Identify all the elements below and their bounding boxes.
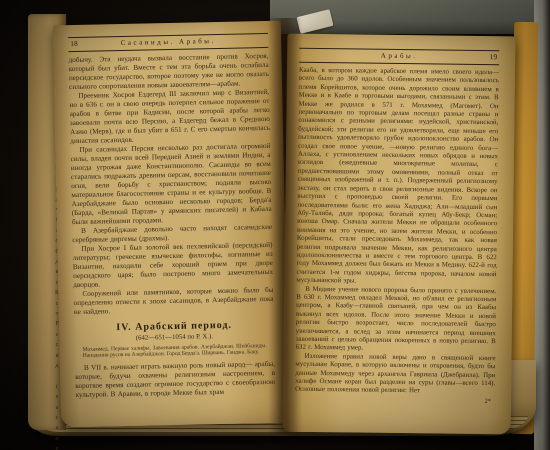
left-page-header: 18 Сасаниды. Арабы. [68,33,268,52]
right-page: Арабы. 19 Кааба, в котором каждое арабск… [283,34,516,435]
section-synopsis: Мохаммед. Первые халифы. Завоевания араб… [83,343,267,360]
right-page-number: 19 [490,52,498,61]
left-page-body: добычу. Эта неудача вызвала восстание пр… [68,52,276,424]
paragraph: добычу. Эта неудача вызвала восстание пр… [68,52,269,92]
right-page-header: Арабы. 19 [299,48,499,65]
right-running-title: Арабы. [299,50,499,60]
paragraph: При сасанидах Персия несколько раз дости… [70,142,272,227]
right-page-body: Кааба, в котором каждое арабское племя и… [295,67,499,431]
book-photo: м П ж л в я р о о в ч и п з р л ч ( з о … [0,0,550,450]
left-page: 18 Сасаниды. Арабы. добычу. Эта неудача … [53,21,289,428]
left-running-title: Сасаниды. Арабы. [68,35,268,47]
paragraph: В Медине учение нового пророка было прин… [296,285,497,355]
paragraph: Кааба, в котором каждое арабское племя и… [296,67,499,288]
paragraph: При Хосрое I был золотой век пехлевийско… [72,241,273,290]
signature-mark: 2* [295,396,495,407]
paragraph: Преемник Хосроя Ездегерд III заключил ми… [69,88,270,146]
paragraph: В VII в. начинает играть важную роль нов… [75,360,276,400]
paragraph: Изложение правил новой веры дано в свяще… [295,353,495,397]
paragraph: Сооружений или памятников, которые можно… [73,286,274,317]
